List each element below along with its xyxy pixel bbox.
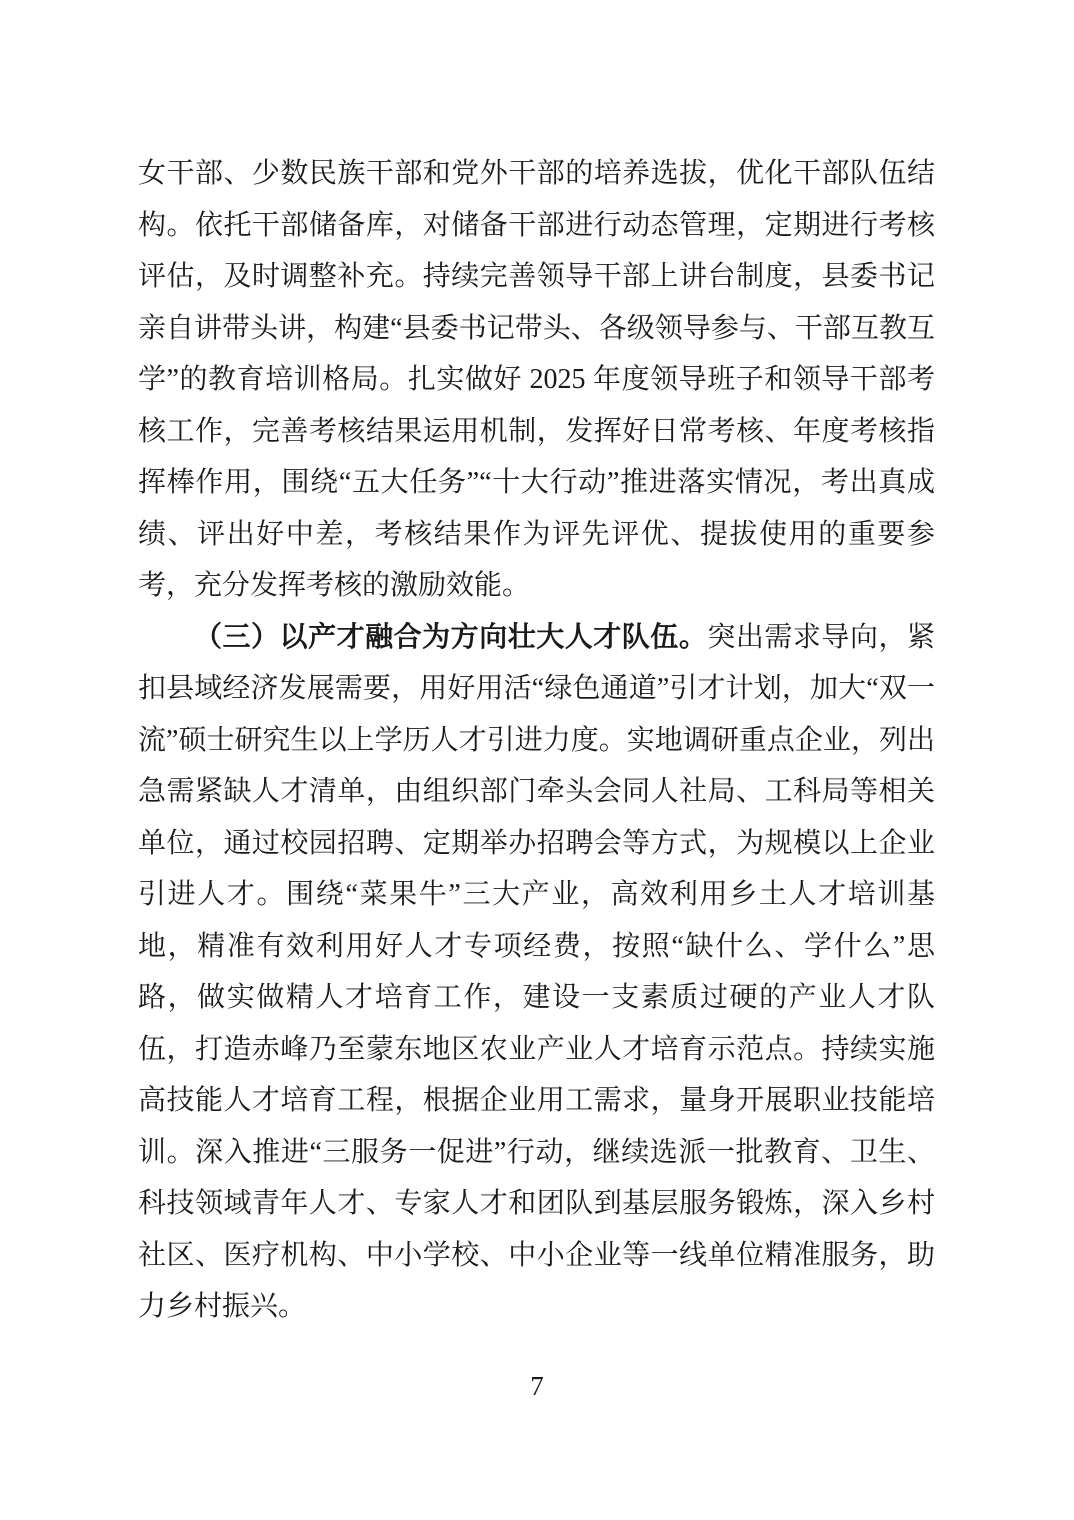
page-number: 7	[0, 1370, 1074, 1402]
paragraph-text: 突出需求导向，紧扣县域经济发展需要，用好用活“绿色通道”引才计划，加大“双一流”…	[138, 622, 935, 1323]
paragraph-text: 女干部、少数民族干部和党外干部的培养选拔，优化干部队伍结构。依托干部储备库，对储…	[138, 158, 935, 601]
section-heading: （三）以产才融合为方向壮大人才队伍。	[194, 622, 707, 653]
paragraph-section-three: （三）以产才融合为方向壮大人才队伍。突出需求导向，紧扣县域经济发展需要，用好用活…	[138, 612, 935, 1333]
document-page: 女干部、少数民族干部和党外干部的培养选拔，优化干部队伍结构。依托干部储备库，对储…	[0, 0, 1074, 1520]
text-block: 女干部、少数民族干部和党外干部的培养选拔，优化干部队伍结构。依托干部储备库，对储…	[138, 148, 935, 1333]
paragraph-continuation: 女干部、少数民族干部和党外干部的培养选拔，优化干部队伍结构。依托干部储备库，对储…	[138, 148, 935, 612]
